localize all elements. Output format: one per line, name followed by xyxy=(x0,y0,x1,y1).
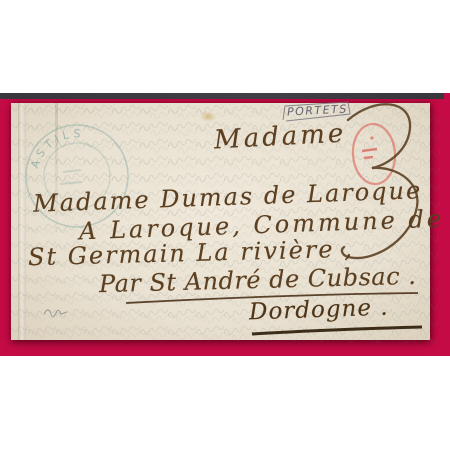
fold-crease-mid xyxy=(55,103,58,245)
paper-stain xyxy=(200,111,216,122)
cover-photo xyxy=(0,93,450,356)
letter-photo-page: { "palette": { "matte_white": "#ffffff",… xyxy=(0,0,450,450)
letter-paper xyxy=(11,103,430,340)
photo-shadow-edge xyxy=(0,93,444,99)
fold-crease-left xyxy=(18,103,26,340)
